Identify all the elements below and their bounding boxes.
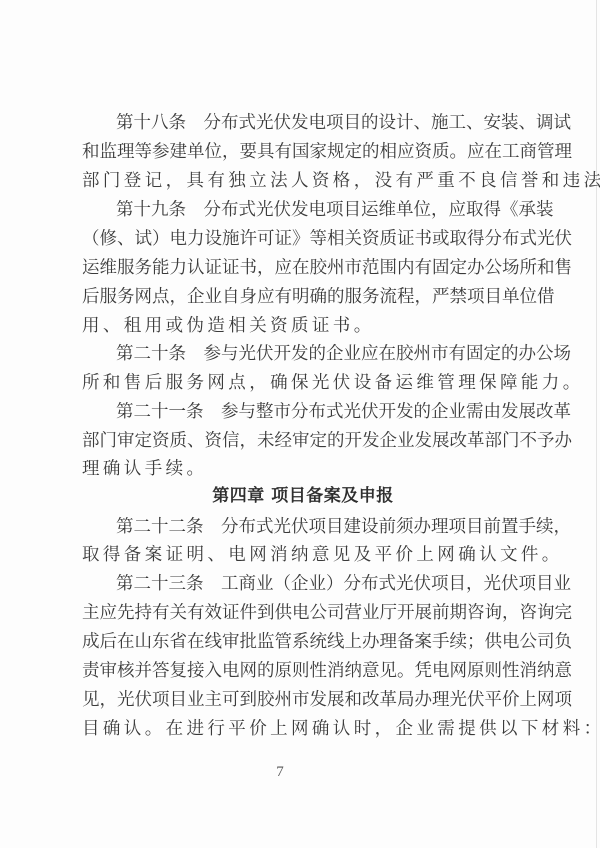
article-21-line-3: 理确认手续。 <box>82 457 526 481</box>
article-23-line-3: 成后在山东省在线审批监管系统线上办理备案手续；供电公司负 <box>82 630 526 654</box>
article-20-line-1: 第二十条 参与光伏开发的企业应在胶州市有固定的办公场 <box>116 342 526 366</box>
chapter-heading: 第四章 项目备案及申报 <box>200 484 406 508</box>
article-19-line-1: 第十九条 分布式光伏发电项目运维单位，应取得《承装 <box>116 198 526 222</box>
article-18-line-2: 和监理等参建单位，要具有国家规定的相应资质。应在工商管理 <box>82 140 526 164</box>
article-23-line-2: 主应先持有关有效证件到供电公司营业厅开展前期咨询，咨询完 <box>82 601 526 625</box>
article-22-line-2: 取得备案证明、电网消纳意见及平价上网确认文件。 <box>82 543 526 567</box>
article-21-line-1: 第二十一条 参与整市分布式光伏开发的企业需由发展改革 <box>116 400 526 424</box>
article-19-line-5: 用、租用或伪造相关资质证书。 <box>82 314 526 338</box>
article-23-line-5: 见，光伏项目业主可到胶州市发展和改革局办理光伏平价上网项 <box>82 688 526 712</box>
article-19-line-3: 运维服务能力认证证书，应在胶州市范围内有固定办公场所和售 <box>82 256 526 280</box>
article-19-line-4: 后服务网点，企业自身应有明确的服务流程，严禁项目单位借 <box>82 285 526 309</box>
article-23-line-1: 第二十三条 工商业（企业）分布式光伏项目，光伏项目业 <box>116 572 526 596</box>
article-23-line-4: 责审核并答复接入电网的原则性消纳意见。凭电网原则性消纳意 <box>82 659 526 683</box>
page-number: 7 <box>270 761 290 783</box>
article-22-line-1: 第二十二条 分布式光伏项目建设前须办理项目前置手续， <box>116 515 526 539</box>
article-18-line-3: 部门登记，具有独立法人资格，没有严重不良信誉和违法记录。 <box>82 169 526 193</box>
article-18-line-1: 第十八条 分布式光伏发电项目的设计、施工、安装、调试 <box>116 111 526 135</box>
article-23-line-6: 目确认。在进行平价上网确认时，企业需提供以下材料： <box>82 717 526 741</box>
document-page: 第十八条 分布式光伏发电项目的设计、施工、安装、调试 和监理等参建单位，要具有国… <box>0 0 600 848</box>
article-21-line-2: 部门审定资质、资信，未经审定的开发企业发展改革部门不予办 <box>82 429 526 453</box>
article-20-line-2: 所和售后服务网点，确保光伏设备运维管理保障能力。 <box>82 371 526 395</box>
article-19-line-2: （修、试）电力设施许可证》等相关资质证书或取得分布式光伏 <box>82 227 526 251</box>
